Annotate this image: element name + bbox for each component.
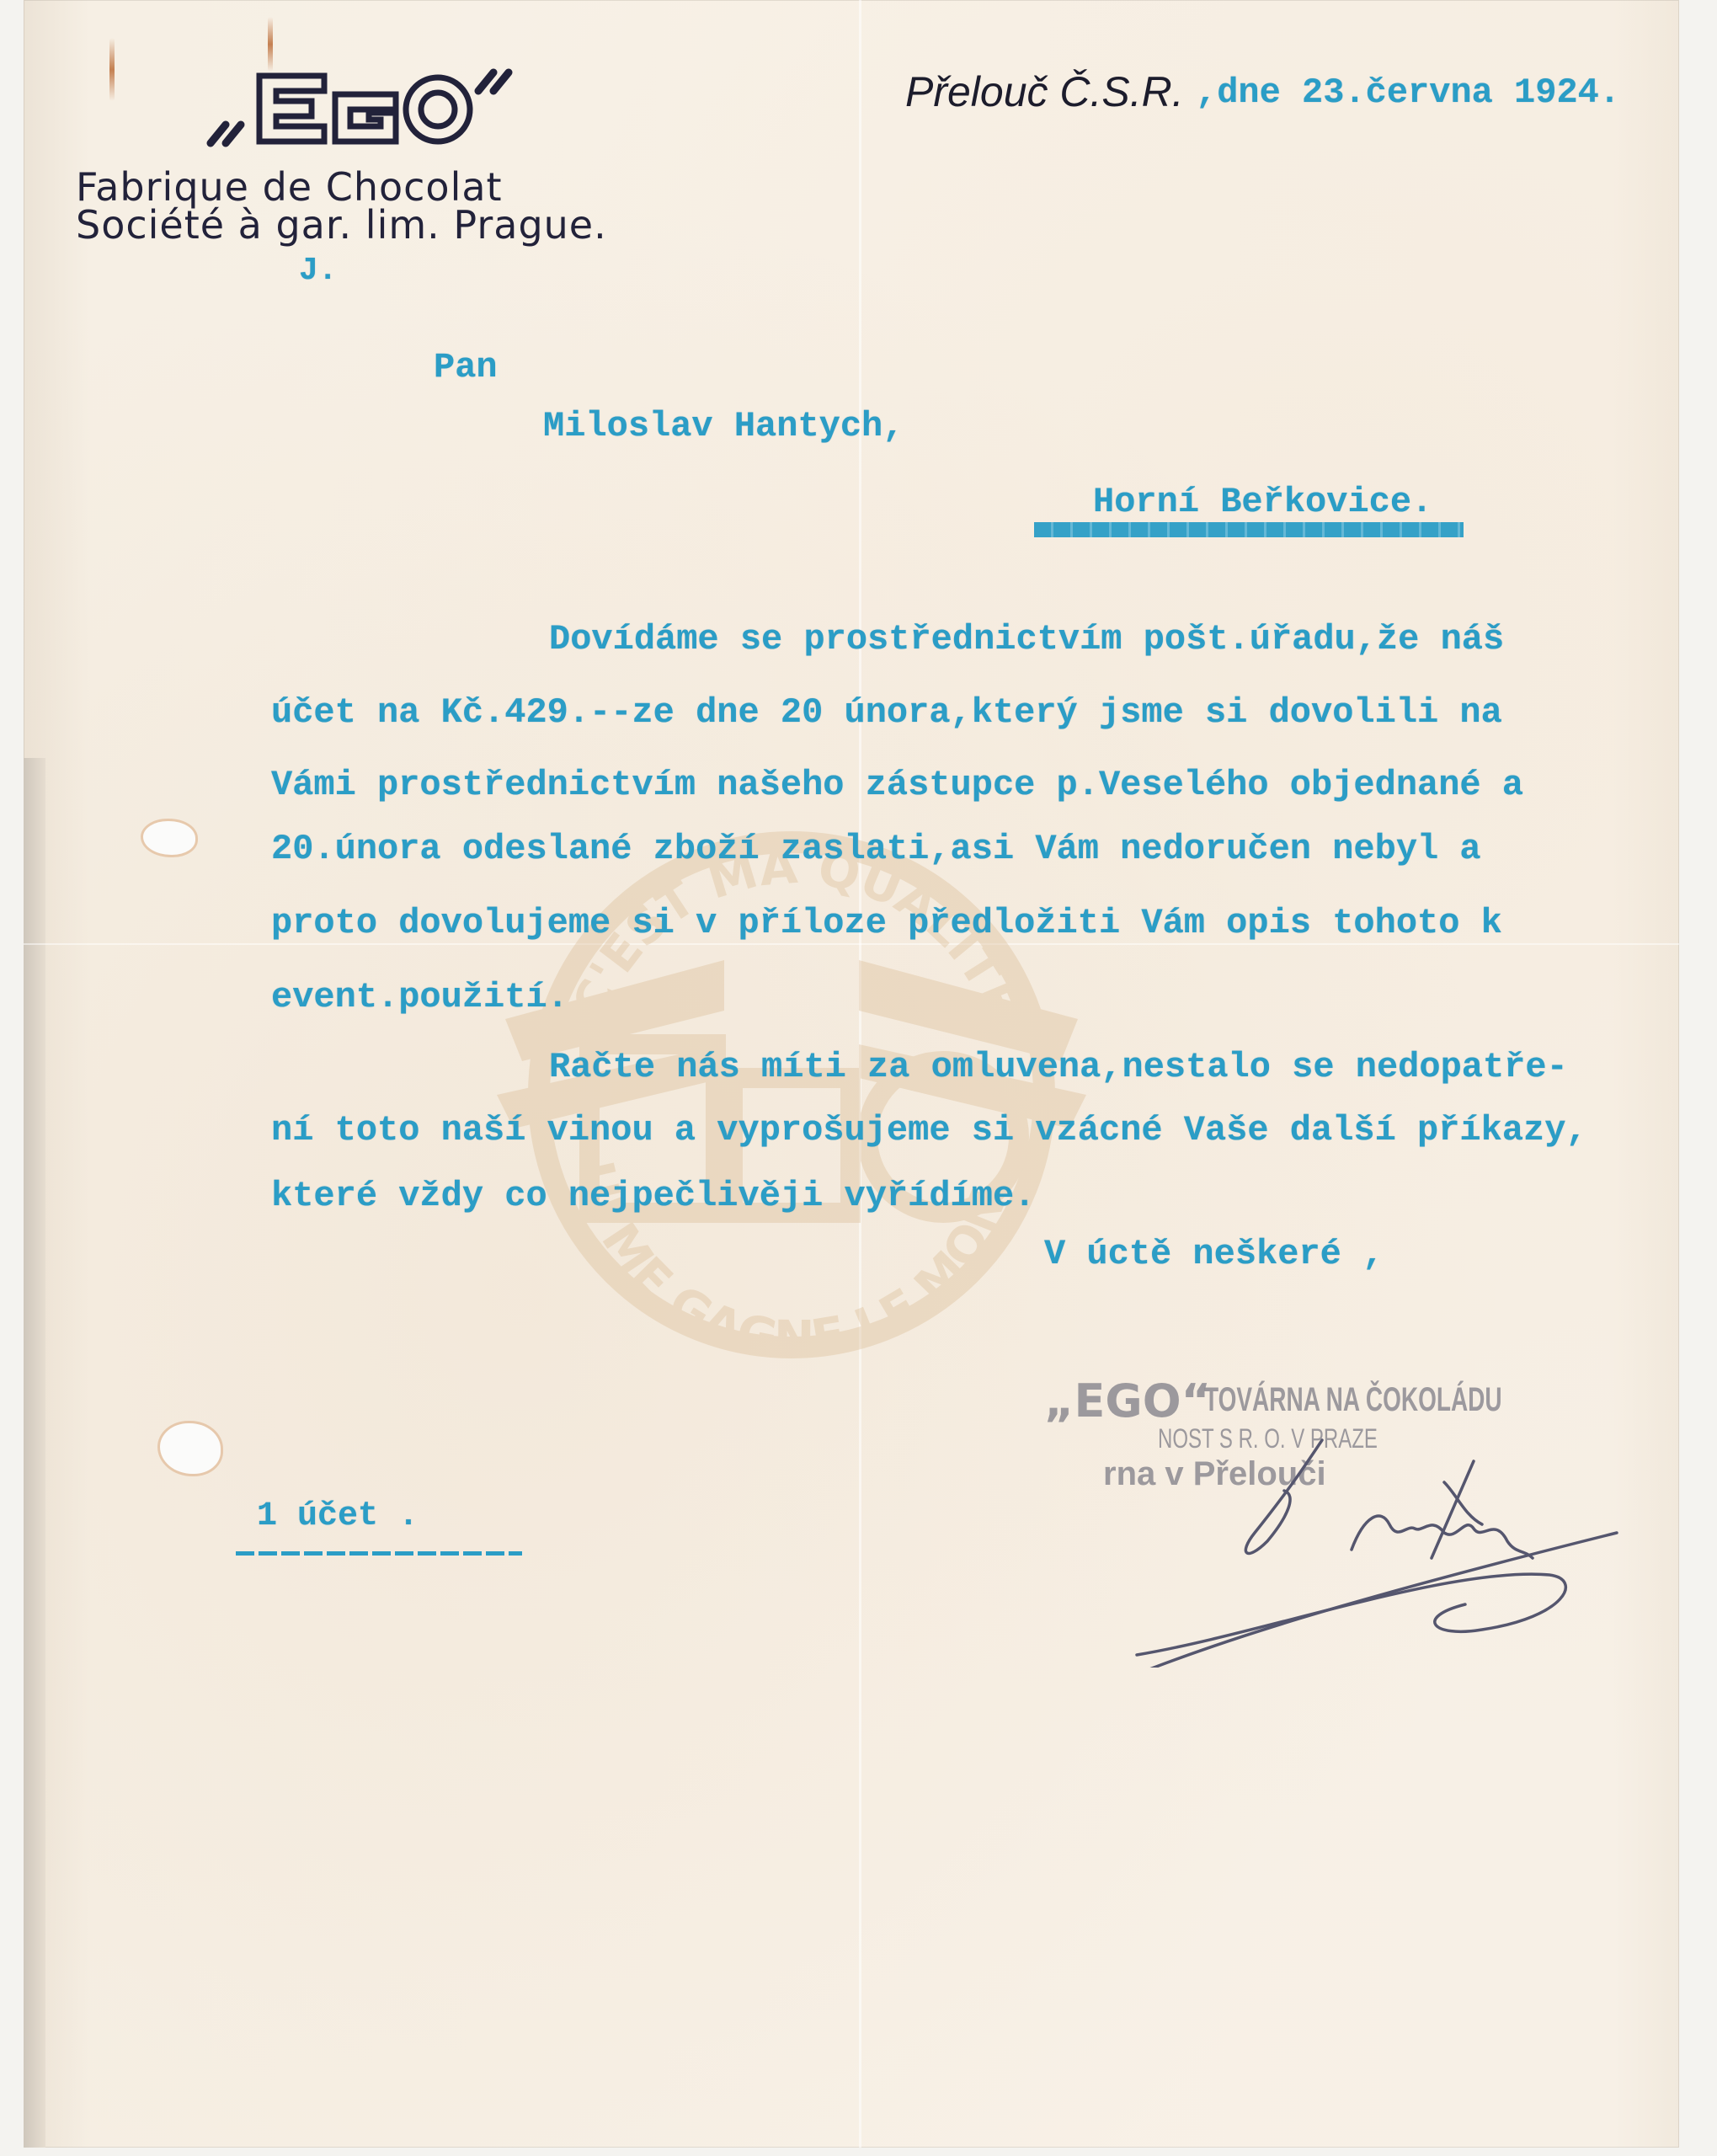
enclosure-underline xyxy=(236,1551,522,1556)
rust-mark xyxy=(109,38,115,101)
addressee-underline xyxy=(1034,522,1464,537)
body-line: účet na Kč.429.--ze dne 20 února,který j… xyxy=(271,692,1502,733)
handwritten-signature xyxy=(1112,1415,1634,1668)
reference-mark: J. xyxy=(299,253,338,289)
body-line: které vždy co nejpečlivěji vyřídíme. xyxy=(271,1176,1035,1216)
body-line: Dovídáme se prostřednictvím pošt.úřadu,ž… xyxy=(549,619,1504,659)
closing-line: V úctě neškeré , xyxy=(1044,1234,1384,1274)
enclosure-label: 1 účet . xyxy=(257,1497,419,1535)
letterhead-company-line2: Société à gar. lim. Prague. xyxy=(76,202,607,248)
addressee-name: Miloslav Hantych, xyxy=(543,406,904,446)
body-line: ní toto naší vinou a vyprošujeme si vzác… xyxy=(271,1110,1587,1150)
punch-hole xyxy=(143,821,195,855)
addressee-salutation: Pan xyxy=(434,347,498,387)
body-line: 20.února odeslané zboží zaslati,asi Vám … xyxy=(271,829,1481,869)
letter-date: ,dne 23.června 1924. xyxy=(1196,72,1620,113)
punch-hole xyxy=(160,1423,221,1474)
ego-logo xyxy=(194,67,522,152)
body-line: Račte nás míti za omluvena,nestalo se ne… xyxy=(549,1047,1568,1087)
stamp-line1: TOVÁRNA NA ČOKOLÁDU xyxy=(1204,1381,1502,1419)
rust-mark xyxy=(268,17,273,72)
body-line: proto dovolujeme si v příloze předložiti… xyxy=(271,903,1502,943)
torn-left-edge xyxy=(24,758,45,2148)
body-line: Vámi prostřednictvím našeho zástupce p.V… xyxy=(271,765,1523,805)
addressee-town: Horní Beřkovice. xyxy=(1093,482,1432,522)
letterhead-place: Přelouč Č.S.R. xyxy=(905,67,1184,116)
body-line: event.použití. xyxy=(271,977,568,1017)
